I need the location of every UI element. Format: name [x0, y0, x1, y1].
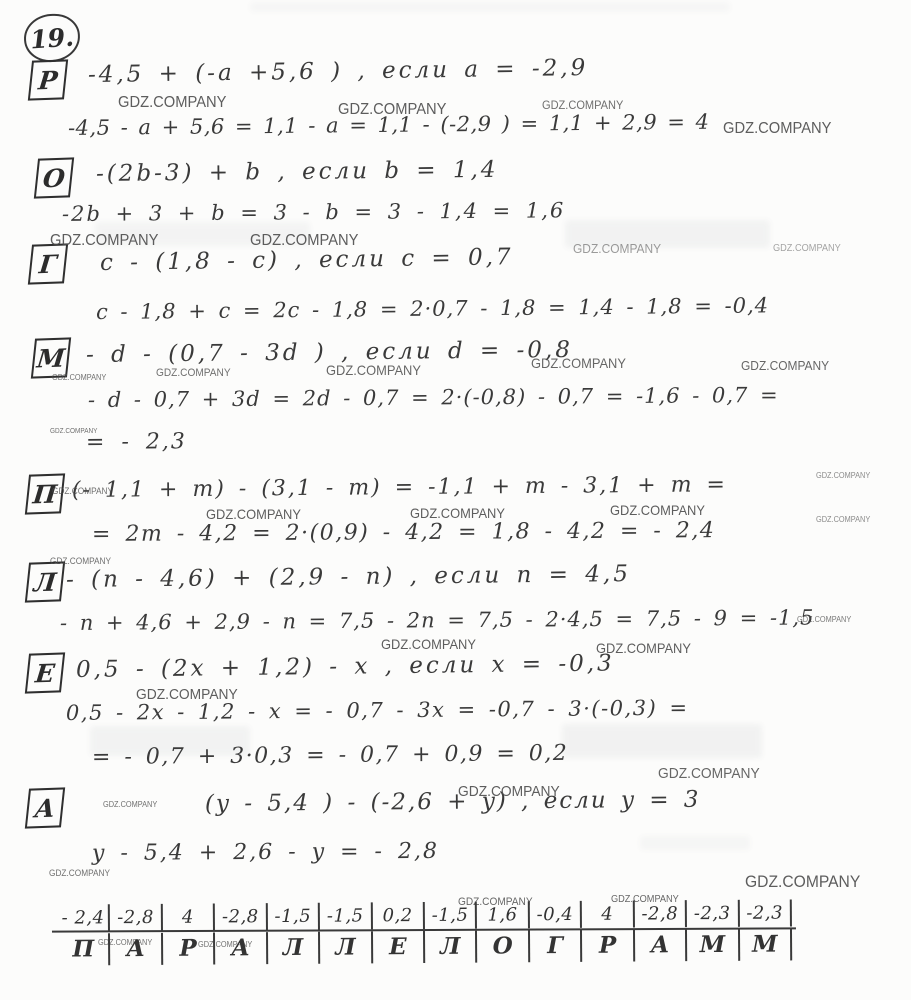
gdz-watermark: GDZ.COMPANY — [338, 102, 447, 118]
work-line: = 2m - 4,2 = 2·(0,9) - 4,2 = 1,8 - 4,2 =… — [92, 520, 715, 546]
gdz-watermark: GDZ.COMPANY — [50, 557, 111, 566]
gdz-watermark: GDZ.COMPANY — [797, 616, 851, 624]
answer-letter-cell: А — [110, 933, 163, 965]
answer-letter-cell: М — [740, 928, 793, 960]
gdz-watermark: GDZ.COMPANY — [156, 368, 231, 379]
section-letter: О — [42, 163, 67, 193]
answer-letter-cell: Г — [530, 930, 583, 962]
task-expression: (- 1,1 + m) - (3,1 - m) = -1,1 + m - 3,1… — [72, 474, 727, 502]
answer-letter-cell: П — [58, 933, 111, 965]
answer-letter-cell: М — [687, 929, 740, 961]
section-letter-box: О — [34, 157, 74, 198]
problem-number-text: 19. — [29, 22, 74, 54]
gdz-watermark: GDZ.COMPANY — [531, 356, 626, 370]
section-letter: М — [36, 343, 67, 373]
gdz-watermark: GDZ.COMPANY — [610, 503, 705, 517]
section-letter-box: Е — [25, 652, 65, 693]
answer-values-row: - 2,4-2,84-2,8-1,5-1,50,2-1,51,6-0,44-2,… — [58, 899, 792, 931]
answer-letter-cell: А — [215, 932, 268, 964]
task-expression: - (n - 4,6) + (2,9 - n) , если n = 4,5 — [66, 563, 631, 592]
gdz-watermark: GDZ.COMPANY — [326, 363, 421, 377]
gdz-watermark: GDZ.COMPANY — [816, 516, 870, 524]
answer-value-cell: 0,2 — [372, 902, 425, 929]
answer-letter-cell: Л — [320, 931, 373, 963]
answer-value-cell: 1,6 — [477, 901, 530, 928]
gdz-watermark: GDZ.COMPANY — [658, 766, 760, 781]
section-letter-box: Г — [28, 243, 68, 284]
task-expression: -(2b-3) + b , если b = 1,4 — [96, 159, 499, 186]
gdz-watermark: GDZ.COMPANY — [741, 359, 829, 372]
gdz-watermark: GDZ.COMPANY — [136, 687, 238, 702]
gdz-watermark: GDZ.COMPANY — [50, 428, 97, 435]
answer-letter-cell: Р — [582, 930, 635, 962]
gdz-watermark: GDZ.COMPANY — [458, 784, 560, 799]
problem-number: 19. — [22, 12, 81, 64]
answer-value-cell: -2,8 — [634, 900, 687, 927]
section-letter: Е — [34, 658, 56, 688]
task-expression: c - (1,8 - c) , если c = 0,7 — [100, 246, 514, 275]
section-letter: Г — [38, 249, 58, 279]
notebook-page: 19. Р-4,5 + (-a +5,6 ) , если a = -2,9-4… — [0, 0, 911, 1000]
answer-letter-cell: Р — [163, 932, 216, 964]
answer-value-cell: 4 — [582, 901, 635, 928]
scan-artifact — [562, 724, 762, 758]
scan-artifact — [640, 836, 750, 850]
gdz-watermark: GDZ.COMPANY — [103, 801, 157, 809]
work-line: - n + 4,6 + 2,9 - n = 7,5 - 2n = 7,5 - 2… — [60, 607, 815, 634]
gdz-watermark: GDZ.COMPANY — [816, 472, 870, 480]
answer-value-cell: -1,5 — [320, 902, 373, 929]
gdz-watermark: GDZ.COMPANY — [573, 242, 661, 255]
work-line: - d - 0,7 + 3d = 2d - 0,7 = 2·(-0,8) - 0… — [88, 385, 779, 411]
answer-value-cell: -2,3 — [739, 899, 792, 926]
gdz-watermark: GDZ.COMPANY — [49, 869, 110, 878]
task-expression: (y - 5,4 ) - (-2,6 + y) , если y = 3 — [205, 789, 701, 816]
answer-value-cell: - 2,4 — [58, 904, 111, 931]
answer-value-cell: -2,3 — [687, 900, 740, 927]
task-expression: -4,5 + (-a +5,6 ) , если a = -2,9 — [88, 57, 589, 87]
gdz-watermark: GDZ.COMPANY — [206, 507, 301, 521]
gdz-watermark: GDZ.COMPANY — [773, 244, 841, 254]
work-line: = - 2,3 — [86, 431, 187, 454]
answer-letters-row: ПАРАЛЛЕЛОГРАММ — [58, 928, 792, 965]
gdz-watermark: GDZ.COMPANY — [542, 99, 623, 111]
section-letter: Р — [37, 65, 59, 95]
section-letter: Л — [32, 567, 57, 597]
answer-letter-cell: Л — [268, 932, 321, 964]
task-expression: 0,5 - (2x + 1,2) - x , если x = -0,3 — [76, 652, 615, 682]
answer-value-cell: -1,5 — [425, 902, 478, 929]
section-letter-box: А — [25, 787, 65, 828]
work-line: -2b + 3 + b = 3 - b = 3 - 1,4 = 1,6 — [62, 200, 565, 225]
work-line: c - 1,8 + c = 2c - 1,8 = 2·0,7 - 1,8 = 1… — [96, 295, 769, 323]
work-line: = - 0,7 + 3·0,3 = - 0,7 + 0,9 = 0,2 — [92, 743, 569, 769]
section-letter: А — [33, 793, 57, 823]
answer-value-cell: -2,8 — [110, 904, 163, 931]
gdz-watermark: GDZ.COMPANY — [52, 487, 113, 496]
gdz-watermark: GDZ.COMPANY — [118, 95, 227, 111]
answer-value-cell: -1,5 — [267, 903, 320, 930]
gdz-watermark: GDZ.COMPANY — [723, 121, 832, 137]
answer-value-cell: 4 — [163, 903, 216, 930]
gdz-watermark: GDZ.COMPANY — [381, 637, 476, 651]
gdz-watermark: GDZ.COMPANY — [745, 873, 860, 890]
answer-letter-cell: О — [477, 930, 530, 962]
answer-table: - 2,4-2,84-2,8-1,5-1,50,2-1,51,6-0,44-2,… — [58, 899, 792, 965]
gdz-watermark: GDZ.COMPANY — [250, 233, 359, 249]
answer-value-cell: -2,8 — [215, 903, 268, 930]
work-line: y - 5,4 + 2,6 - y = - 2,8 — [92, 841, 439, 865]
section-letter-box: Л — [25, 561, 65, 602]
section-letter-box: Р — [28, 59, 68, 100]
gdz-watermark: GDZ.COMPANY — [410, 506, 505, 520]
gdz-watermark: GDZ.COMPANY — [50, 233, 159, 249]
gdz-watermark: GDZ.COMPANY — [52, 374, 106, 382]
answer-letter-cell: Е — [373, 931, 426, 963]
answer-value-cell: -0,4 — [530, 901, 583, 928]
answer-letter-cell: А — [635, 929, 688, 961]
scan-artifact — [250, 2, 730, 12]
answer-letter-cell: Л — [425, 931, 478, 963]
gdz-watermark: GDZ.COMPANY — [596, 641, 691, 655]
